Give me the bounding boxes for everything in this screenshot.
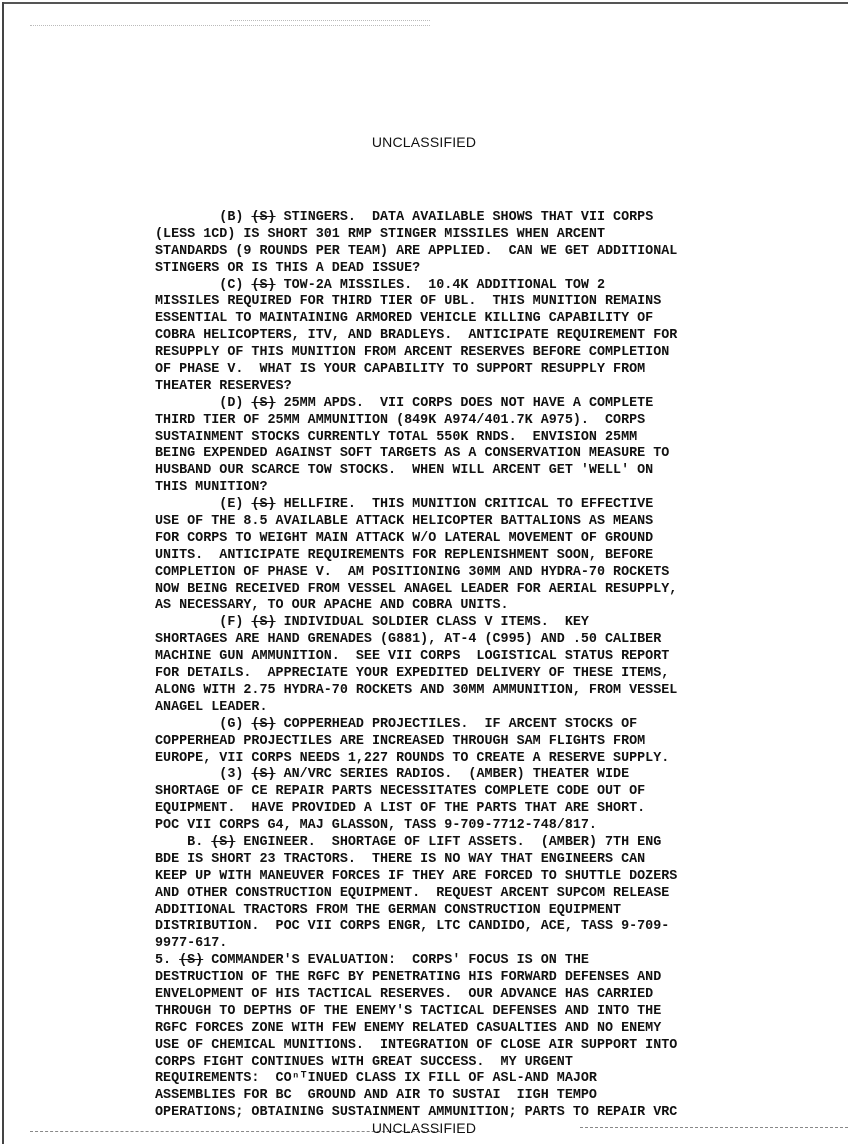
document-line: SUSTAINMENT STOCKS CURRENTLY TOTAL 550K …: [155, 430, 835, 447]
line-text: DESTRUCTION OF THE RGFC BY PENETRATING H…: [155, 970, 661, 985]
line-indent: [155, 497, 219, 512]
struck-classification-mark: (S): [251, 278, 275, 293]
line-text: COMMANDER'S EVALUATION: CORPS' FOCUS IS …: [203, 953, 589, 968]
document-line: ALONG WITH 2.75 HYDRA-70 ROCKETS AND 30M…: [155, 683, 835, 700]
struck-classification-mark: (S): [251, 615, 275, 630]
line-text: (LESS 1CD) IS SHORT 301 RMP STINGER MISS…: [155, 227, 605, 242]
line-indent: [155, 835, 187, 850]
line-text: 9977-617.: [155, 936, 227, 951]
line-text: OF PHASE V. WHAT IS YOUR CAPABILITY TO S…: [155, 362, 645, 377]
line-text: CORPS FIGHT CONTINUES WITH GREAT SUCCESS…: [155, 1055, 573, 1070]
document-line: REQUIREMENTS: COⁿᵀINUED CLASS IX FILL OF…: [155, 1071, 835, 1088]
line-text: ENGINEER. SHORTAGE OF LIFT ASSETS. (AMBE…: [235, 835, 661, 850]
document-line: 9977-617.: [155, 936, 835, 953]
document-line: USE OF THE 8.5 AVAILABLE ATTACK HELICOPT…: [155, 514, 835, 531]
document-line: UNITS. ANTICIPATE REQUIREMENTS FOR REPLE…: [155, 548, 835, 565]
document-line: DESTRUCTION OF THE RGFC BY PENETRATING H…: [155, 970, 835, 987]
document-line: (G) (S) COPPERHEAD PROJECTILES. IF ARCEN…: [155, 717, 835, 734]
line-indent: [155, 210, 219, 225]
top-border-rule: [2, 2, 848, 4]
line-text: HUSBAND OUR SCARCE TOW STOCKS. WHEN WILL…: [155, 463, 653, 478]
document-line: STINGERS OR IS THIS A DEAD ISSUE?: [155, 261, 835, 278]
struck-classification-mark: (S): [251, 396, 275, 411]
line-text: USE OF THE 8.5 AVAILABLE ATTACK HELICOPT…: [155, 514, 653, 529]
line-text: FOR DETAILS. APPRECIATE YOUR EXPEDITED D…: [155, 666, 669, 681]
left-border-rule: [2, 2, 4, 1144]
document-line: (E) (S) HELLFIRE. THIS MUNITION CRITICAL…: [155, 497, 835, 514]
document-line: AS NECESSARY, TO OUR APACHE AND COBRA UN…: [155, 598, 835, 615]
line-text: EUROPE, VII CORPS NEEDS 1,227 ROUNDS TO …: [155, 751, 669, 766]
paragraph-marker: (D): [219, 396, 251, 411]
document-line: SHORTAGES ARE HAND GRENADES (G881), AT-4…: [155, 632, 835, 649]
line-text: DISTRIBUTION. POC VII CORPS ENGR, LTC CA…: [155, 919, 669, 934]
struck-classification-mark: (S): [251, 210, 275, 225]
line-text: POC VII CORPS G4, MAJ GLASSON, TASS 9-70…: [155, 818, 597, 833]
line-text: ASSEMBLIES FOR BC GROUND AND AIR TO SUST…: [155, 1088, 597, 1103]
line-text: COMPLETION OF PHASE V. AM POSITIONING 30…: [155, 565, 669, 580]
line-text: SHORTAGES ARE HAND GRENADES (G881), AT-4…: [155, 632, 661, 647]
line-text: FOR CORPS TO WEIGHT MAIN ATTACK W/O LATE…: [155, 531, 653, 546]
line-text: RESUPPLY OF THIS MUNITION FROM ARCENT RE…: [155, 345, 669, 360]
document-line: COBRA HELICOPTERS, ITV, AND BRADLEYS. AN…: [155, 328, 835, 345]
document-page: UNCLASSIFIED (B) (S) STINGERS. DATA AVAI…: [0, 0, 848, 1144]
line-text: USE OF CHEMICAL MUNITIONS. INTEGRATION O…: [155, 1038, 677, 1053]
line-text: BEING EXPENDED AGAINST SOFT TARGETS AS A…: [155, 446, 669, 461]
document-line: DISTRIBUTION. POC VII CORPS ENGR, LTC CA…: [155, 919, 835, 936]
document-line: 5. (S) COMMANDER'S EVALUATION: CORPS' FO…: [155, 953, 835, 970]
paragraph-marker: B.: [187, 835, 211, 850]
line-text: REQUIREMENTS: COⁿᵀINUED CLASS IX FILL OF…: [155, 1071, 597, 1086]
line-text: KEEP UP WITH MANEUVER FORCES IF THEY ARE…: [155, 869, 677, 884]
document-line: (B) (S) STINGERS. DATA AVAILABLE SHOWS T…: [155, 210, 835, 227]
line-text: AS NECESSARY, TO OUR APACHE AND COBRA UN…: [155, 598, 509, 613]
document-line: FOR CORPS TO WEIGHT MAIN ATTACK W/O LATE…: [155, 531, 835, 548]
document-line: (3) (S) AN/VRC SERIES RADIOS. (AMBER) TH…: [155, 767, 835, 784]
line-text: COBRA HELICOPTERS, ITV, AND BRADLEYS. AN…: [155, 328, 677, 343]
document-body: (B) (S) STINGERS. DATA AVAILABLE SHOWS T…: [155, 210, 835, 1122]
document-line: ANAGEL LEADER.: [155, 700, 835, 717]
document-line: STANDARDS (9 ROUNDS PER TEAM) ARE APPLIE…: [155, 244, 835, 261]
document-line: BDE IS SHORT 23 TRACTORS. THERE IS NO WA…: [155, 852, 835, 869]
document-line: ENVELOPMENT OF HIS TACTICAL RESERVES. OU…: [155, 987, 835, 1004]
line-text: STINGERS OR IS THIS A DEAD ISSUE?: [155, 261, 420, 276]
paragraph-marker: (E): [219, 497, 251, 512]
struck-classification-mark: (S): [211, 835, 235, 850]
document-line: POC VII CORPS G4, MAJ GLASSON, TASS 9-70…: [155, 818, 835, 835]
document-line: COMPLETION OF PHASE V. AM POSITIONING 30…: [155, 565, 835, 582]
document-line: (LESS 1CD) IS SHORT 301 RMP STINGER MISS…: [155, 227, 835, 244]
line-indent: [155, 615, 219, 630]
line-text: EQUIPMENT. HAVE PROVIDED A LIST OF THE P…: [155, 801, 645, 816]
paragraph-marker: (C): [219, 278, 251, 293]
line-indent: [155, 278, 219, 293]
document-line: COPPERHEAD PROJECTILES ARE INCREASED THR…: [155, 734, 835, 751]
document-line: SHORTAGE OF CE REPAIR PARTS NECESSITATES…: [155, 784, 835, 801]
struck-classification-mark: (S): [251, 717, 275, 732]
document-line: THEATER RESERVES?: [155, 379, 835, 396]
paragraph-marker: (3): [219, 767, 251, 782]
struck-classification-mark: (S): [251, 767, 275, 782]
line-text: ANAGEL LEADER.: [155, 700, 268, 715]
document-line: MISSILES REQUIRED FOR THIRD TIER OF UBL.…: [155, 294, 835, 311]
line-text: THEATER RESERVES?: [155, 379, 292, 394]
line-indent: [155, 717, 219, 732]
line-text: TOW-2A MISSILES. 10.4K ADDITIONAL TOW 2: [276, 278, 605, 293]
document-line: RESUPPLY OF THIS MUNITION FROM ARCENT RE…: [155, 345, 835, 362]
line-text: AND OTHER CONSTRUCTION EQUIPMENT. REQUES…: [155, 886, 669, 901]
document-line: RGFC FORCES ZONE WITH FEW ENEMY RELATED …: [155, 1021, 835, 1038]
document-line: NOW BEING RECEIVED FROM VESSEL ANAGEL LE…: [155, 582, 835, 599]
scan-noise: [30, 25, 430, 27]
line-text: HELLFIRE. THIS MUNITION CRITICAL TO EFFE…: [276, 497, 654, 512]
line-text: SHORTAGE OF CE REPAIR PARTS NECESSITATES…: [155, 784, 645, 799]
line-text: MACHINE GUN AMMUNITION. SEE VII CORPS LO…: [155, 649, 669, 664]
line-text: NOW BEING RECEIVED FROM VESSEL ANAGEL LE…: [155, 582, 677, 597]
line-text: UNITS. ANTICIPATE REQUIREMENTS FOR REPLE…: [155, 548, 653, 563]
line-text: SUSTAINMENT STOCKS CURRENTLY TOTAL 550K …: [155, 430, 637, 445]
struck-classification-mark: (S): [179, 953, 203, 968]
line-text: OPERATIONS; OBTAINING SUSTAINMENT AMMUNI…: [155, 1105, 677, 1120]
document-line: USE OF CHEMICAL MUNITIONS. INTEGRATION O…: [155, 1038, 835, 1055]
line-text: INDIVIDUAL SOLDIER CLASS V ITEMS. KEY: [276, 615, 589, 630]
paragraph-marker: 5.: [155, 953, 179, 968]
line-indent: [155, 767, 219, 782]
line-text: STANDARDS (9 ROUNDS PER TEAM) ARE APPLIE…: [155, 244, 677, 259]
line-text: COPPERHEAD PROJECTILES ARE INCREASED THR…: [155, 734, 645, 749]
document-line: AND OTHER CONSTRUCTION EQUIPMENT. REQUES…: [155, 886, 835, 903]
line-text: MISSILES REQUIRED FOR THIRD TIER OF UBL.…: [155, 294, 661, 309]
document-line: FOR DETAILS. APPRECIATE YOUR EXPEDITED D…: [155, 666, 835, 683]
footer-classification-marking: UNCLASSIFIED: [0, 1120, 848, 1136]
document-line: THROUGH TO DEPTHS OF THE ENEMY'S TACTICA…: [155, 1004, 835, 1021]
paragraph-marker: (G): [219, 717, 251, 732]
line-text: BDE IS SHORT 23 TRACTORS. THERE IS NO WA…: [155, 852, 645, 867]
paragraph-marker: (B): [219, 210, 251, 225]
line-text: ENVELOPMENT OF HIS TACTICAL RESERVES. OU…: [155, 987, 653, 1002]
line-text: THROUGH TO DEPTHS OF THE ENEMY'S TACTICA…: [155, 1004, 661, 1019]
line-text: ALONG WITH 2.75 HYDRA-70 ROCKETS AND 30M…: [155, 683, 677, 698]
line-indent: [155, 396, 219, 411]
document-line: THIRD TIER OF 25MM AMMUNITION (849K A974…: [155, 413, 835, 430]
document-line: ESSENTIAL TO MAINTAINING ARMORED VEHICLE…: [155, 311, 835, 328]
line-text: ADDITIONAL TRACTORS FROM THE GERMAN CONS…: [155, 903, 621, 918]
document-line: MACHINE GUN AMMUNITION. SEE VII CORPS LO…: [155, 649, 835, 666]
document-line: (F) (S) INDIVIDUAL SOLDIER CLASS V ITEMS…: [155, 615, 835, 632]
document-line: OF PHASE V. WHAT IS YOUR CAPABILITY TO S…: [155, 362, 835, 379]
line-text: AN/VRC SERIES RADIOS. (AMBER) THEATER WI…: [276, 767, 630, 782]
document-line: ASSEMBLIES FOR BC GROUND AND AIR TO SUST…: [155, 1088, 835, 1105]
document-line: ADDITIONAL TRACTORS FROM THE GERMAN CONS…: [155, 903, 835, 920]
document-line: B. (S) ENGINEER. SHORTAGE OF LIFT ASSETS…: [155, 835, 835, 852]
line-text: RGFC FORCES ZONE WITH FEW ENEMY RELATED …: [155, 1021, 661, 1036]
paragraph-marker: (F): [219, 615, 251, 630]
document-line: THIS MUNITION?: [155, 480, 835, 497]
document-line: EQUIPMENT. HAVE PROVIDED A LIST OF THE P…: [155, 801, 835, 818]
header-classification-marking: UNCLASSIFIED: [0, 134, 848, 150]
struck-classification-mark: (S): [251, 497, 275, 512]
document-line: EUROPE, VII CORPS NEEDS 1,227 ROUNDS TO …: [155, 751, 835, 768]
document-line: CORPS FIGHT CONTINUES WITH GREAT SUCCESS…: [155, 1055, 835, 1072]
line-text: ESSENTIAL TO MAINTAINING ARMORED VEHICLE…: [155, 311, 653, 326]
document-line: BEING EXPENDED AGAINST SOFT TARGETS AS A…: [155, 446, 835, 463]
document-line: (C) (S) TOW-2A MISSILES. 10.4K ADDITIONA…: [155, 278, 835, 295]
line-text: STINGERS. DATA AVAILABLE SHOWS THAT VII …: [276, 210, 654, 225]
line-text: COPPERHEAD PROJECTILES. IF ARCENT STOCKS…: [276, 717, 638, 732]
line-text: THIS MUNITION?: [155, 480, 268, 495]
line-text: 25MM APDS. VII CORPS DOES NOT HAVE A COM…: [276, 396, 654, 411]
scan-noise: [230, 20, 430, 22]
line-text: THIRD TIER OF 25MM AMMUNITION (849K A974…: [155, 413, 645, 428]
document-line: HUSBAND OUR SCARCE TOW STOCKS. WHEN WILL…: [155, 463, 835, 480]
document-line: KEEP UP WITH MANEUVER FORCES IF THEY ARE…: [155, 869, 835, 886]
document-line: (D) (S) 25MM APDS. VII CORPS DOES NOT HA…: [155, 396, 835, 413]
